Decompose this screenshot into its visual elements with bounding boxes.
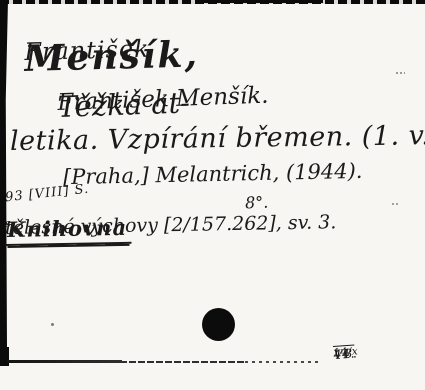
scan-artifact-dot: [51, 323, 54, 326]
card-bottom-edge-corner: [0, 347, 9, 366]
catalog-card-scan: Menšík, František František Menšík. Těžk…: [0, 0, 425, 390]
accession-year: 44.: [333, 346, 355, 362]
imprint-line: [Praha,] Melantrich, (1944).: [63, 159, 363, 189]
scan-edge-left: [0, 0, 8, 355]
call-number: 93 [VIII] S.: [4, 182, 89, 206]
title-main-start: Těžká at-: [57, 85, 190, 124]
punch-hole: [202, 308, 235, 341]
card-bottom-edge-dotted: [245, 361, 320, 363]
card-bottom-edge-solid: [7, 360, 122, 363]
title-line-2: letika. Vzpírání břemen. (1. v.): [10, 120, 425, 157]
series-rest: tělesné výchovy [2/157.262], sv. 3.: [5, 211, 337, 239]
scan-artifact-dash: [396, 72, 405, 74]
format-note: 8°.: [245, 193, 269, 213]
card-bottom-edge-dashed: [120, 361, 245, 363]
scan-edge-top-solid: [198, 0, 323, 3]
author-forename: František: [24, 35, 150, 66]
scan-artifact-dash: [392, 203, 399, 205]
